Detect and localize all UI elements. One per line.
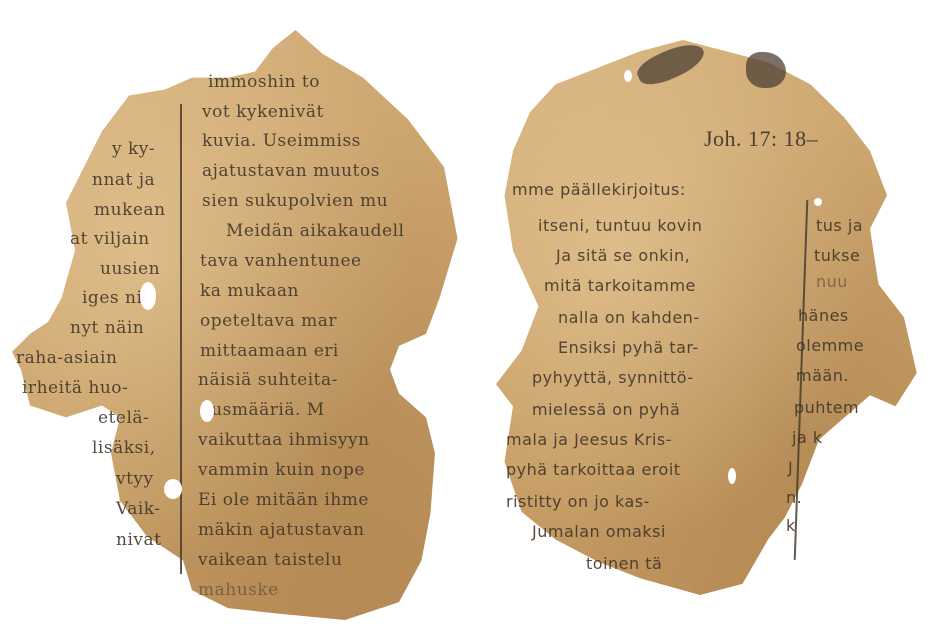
paper-hole <box>624 70 632 82</box>
text-line: k <box>786 516 796 535</box>
text-line: sien sukupolvien mu <box>202 191 388 211</box>
right-newspaper-fragment: Joh. 17: 18– mme päällekirjoitus: itseni… <box>496 40 921 595</box>
text-line: pyhyyttä, synnittö- <box>532 368 694 387</box>
text-line: Ensiksi pyhä tar- <box>558 338 699 357</box>
text-line: mäkin ajatustavan <box>198 520 365 540</box>
text-line: vaikuttaa ihmisyyn <box>198 430 370 450</box>
text-line: J <box>788 458 793 477</box>
text-line: raha-asiain <box>16 348 117 368</box>
text-line: opeteltava mar <box>200 311 337 331</box>
text-line: mukean <box>94 200 166 220</box>
text-line: puhtem <box>794 398 859 417</box>
text-line: mielessä on pyhä <box>532 400 680 419</box>
left-newspaper-fragment: y ky- nnat ja mukean at viljain uusien i… <box>12 24 462 620</box>
text-line: at viljain <box>70 229 150 249</box>
paper-hole <box>140 282 156 310</box>
text-line: lisäksi, <box>92 438 156 458</box>
text-line: näisiä suhteita- <box>198 370 338 390</box>
text-line: vaikean taistelu <box>198 550 342 570</box>
text-line: susmääriä. M <box>202 400 325 420</box>
text-line: mitä tarkoitamme <box>544 276 696 295</box>
text-line: etelä- <box>98 408 149 428</box>
text-line: nyt ​näin <box>70 318 144 338</box>
text-line: olemme <box>796 336 864 355</box>
text-line: uusien <box>100 259 160 279</box>
text-line: ka mukaan <box>200 281 299 301</box>
text-line: itseni, tuntuu kovin <box>538 216 702 235</box>
ink-stain <box>746 52 786 88</box>
text-line: toinen tä <box>586 554 662 573</box>
paper-hole <box>814 198 822 206</box>
text-line: ajatustavan muutos <box>202 161 380 181</box>
text-line: Vaik- <box>116 499 161 519</box>
text-line: Ei ole mitään ihme <box>198 490 369 510</box>
text-line: mahuske <box>198 580 279 600</box>
text-line: ristitty on jo kas- <box>506 492 650 511</box>
text-line: kuvia. Useimmiss <box>202 131 361 151</box>
text-line: iges ni <box>82 288 142 308</box>
text-line: y ky- <box>112 139 155 159</box>
text-line: vot kykenivät <box>202 102 324 122</box>
text-line: nivat <box>116 530 161 550</box>
text-line: immoshin to <box>208 72 320 92</box>
text-line: tus ja <box>816 216 863 235</box>
text-line: vtyy <box>116 469 154 489</box>
text-line: nalla on kahden- <box>558 308 700 327</box>
paper-hole <box>200 400 214 422</box>
text-line: Meidän aikakaudell <box>226 221 405 241</box>
text-line: pyhä tarkoittaa eroit <box>506 460 681 479</box>
text-line: ja k <box>792 428 823 447</box>
paper-hole <box>728 468 736 484</box>
text-line: nuu <box>816 272 848 291</box>
text-line: hänes <box>798 306 849 325</box>
scripture-reference: Joh. 17: 18– <box>704 126 818 152</box>
text-line: n. <box>786 488 802 507</box>
text-line: irheitä huo- <box>22 378 128 398</box>
text-line: Jumalan omaksi <box>532 522 666 541</box>
text-line: mme päällekirjoitus: <box>512 180 686 199</box>
text-line: mään. <box>796 366 849 385</box>
text-line: tava vanhentunee <box>200 251 362 271</box>
text-line: nnat ja <box>92 170 155 190</box>
text-line: vammin kuin nope <box>198 460 365 480</box>
text-line: Ja sitä se onkin, <box>556 246 690 265</box>
text-line: tukse <box>814 246 860 265</box>
column-divider <box>180 104 182 574</box>
paper-hole <box>164 479 182 499</box>
text-line: mittaamaan eri <box>200 341 339 361</box>
text-line: mala ja Jeesus Kris- <box>506 430 672 449</box>
